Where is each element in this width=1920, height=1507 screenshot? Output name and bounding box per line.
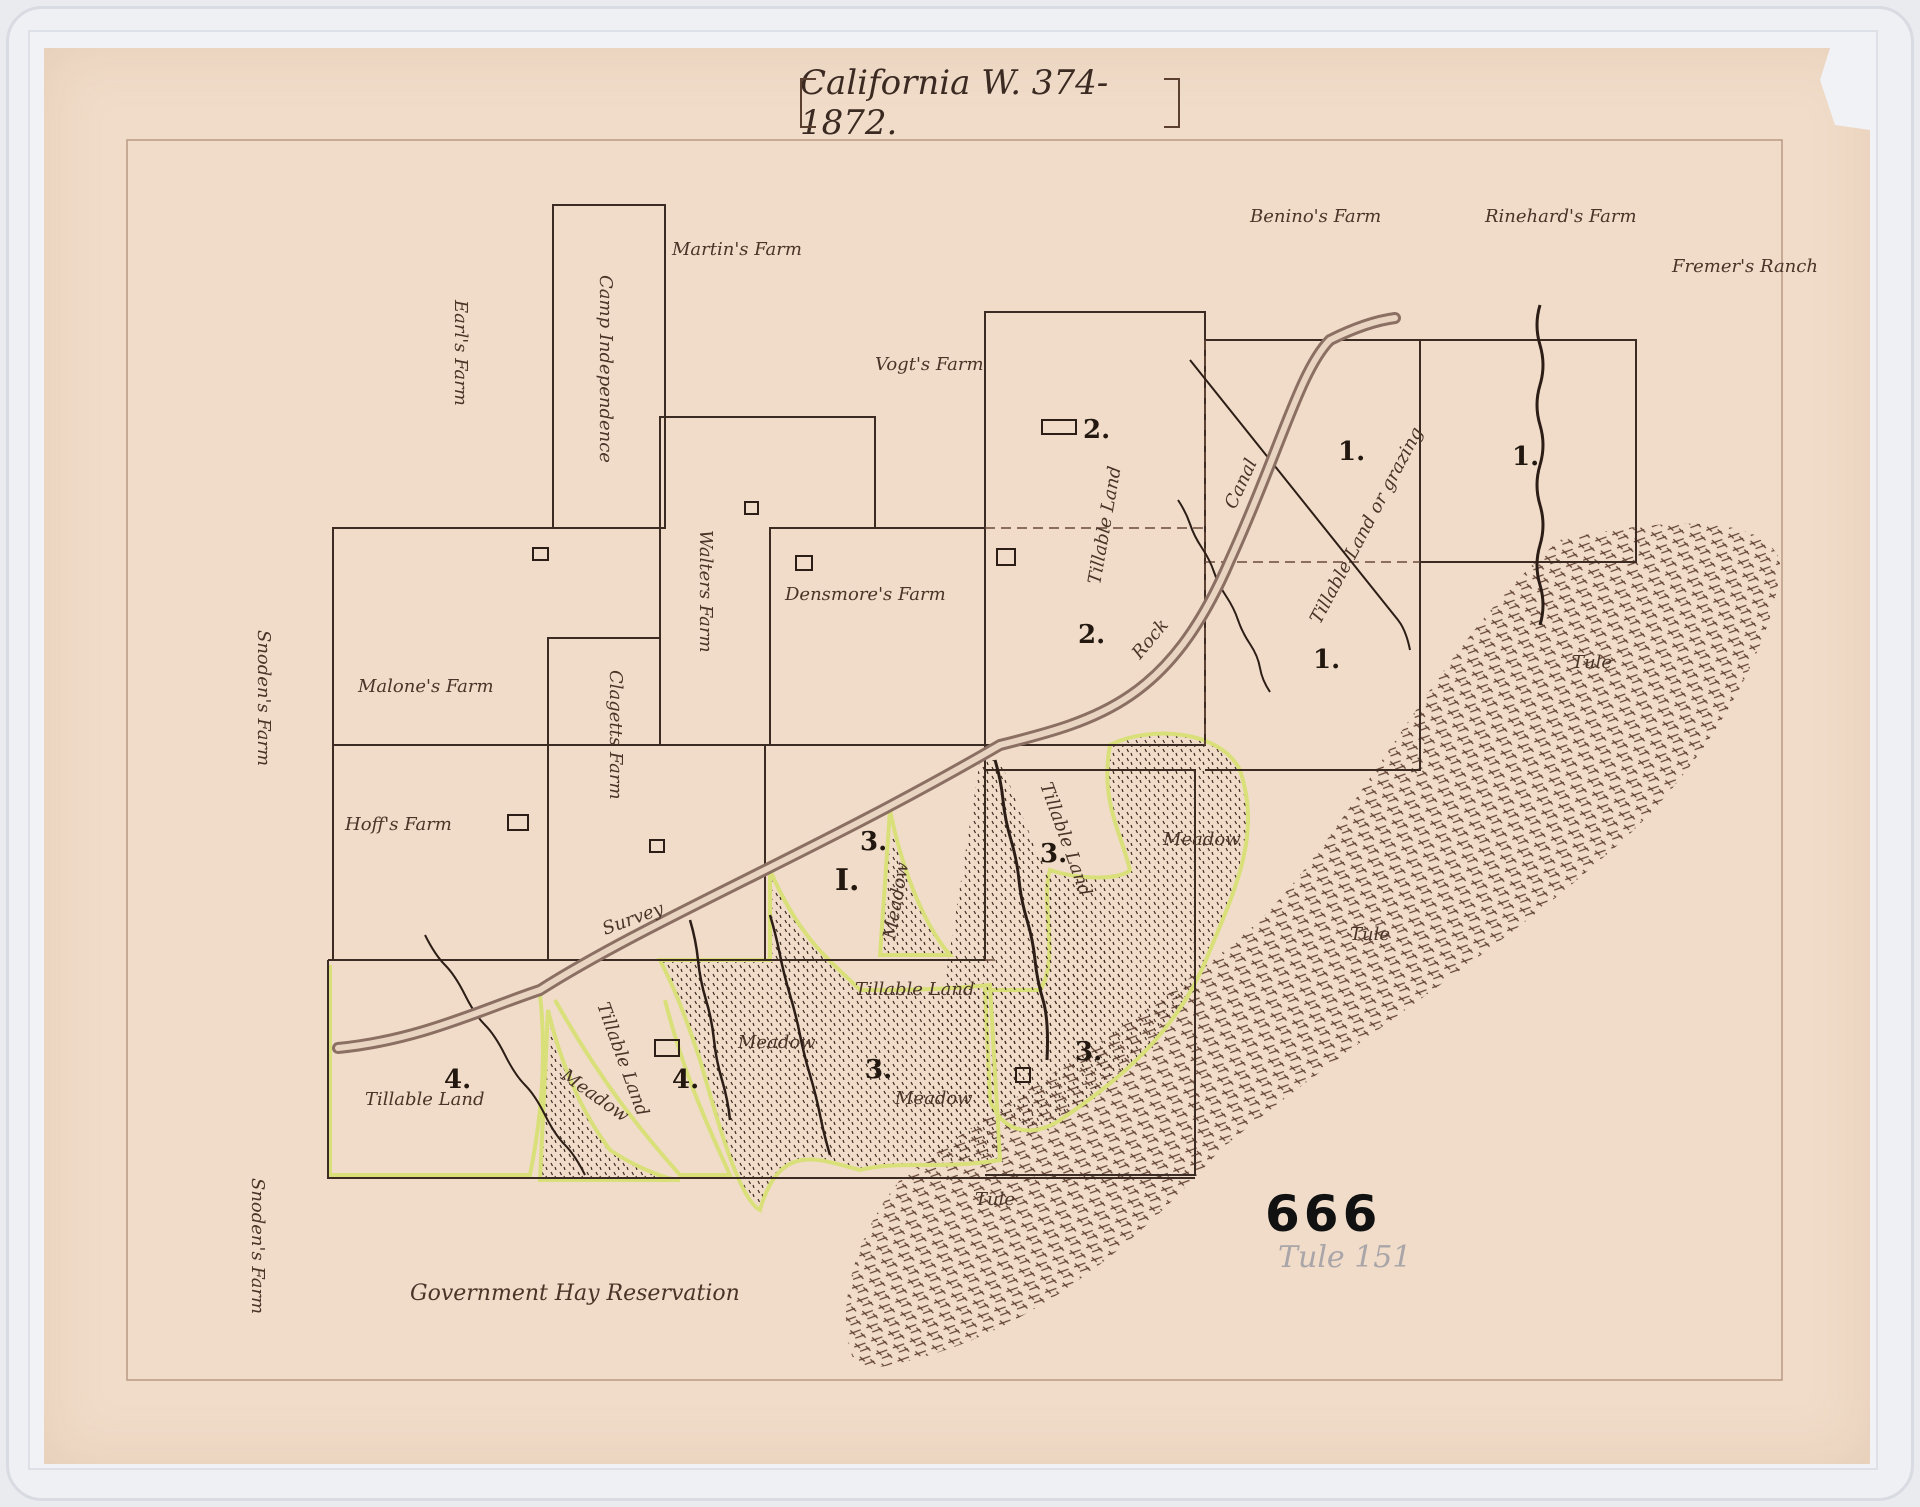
- label-snodens-farm-lower: Snoden's Farm: [247, 1178, 268, 1314]
- parcel-number: 4.: [444, 1065, 471, 1095]
- road: [338, 318, 1395, 1048]
- label-camp-independence: Camp Independence: [595, 275, 616, 463]
- label-meadow-mid: Meadow: [737, 1032, 816, 1053]
- label-earls-farm: Earl's Farm: [450, 299, 471, 406]
- catalog-number: 666: [1265, 1185, 1381, 1243]
- pencil-note: Tule 151: [1278, 1240, 1411, 1275]
- torn-corner: [1820, 48, 1870, 130]
- label-tule-sw: Tule: [975, 1189, 1015, 1210]
- parcel-number: 4.: [672, 1065, 699, 1095]
- label-beninos-farm: Benino's Farm: [1249, 206, 1381, 227]
- label-vogts-farm: Vogt's Farm: [875, 354, 984, 375]
- parcel-number: 1.: [1512, 442, 1539, 472]
- parcel-number: 2.: [1083, 415, 1110, 445]
- label-densmores-farm: Densmore's Farm: [784, 584, 946, 605]
- parcel-number: 2.: [1078, 620, 1105, 650]
- label-tillable-land-2: Tillable Land: [1084, 465, 1125, 586]
- label-tillable-land-center: Tillable Land: [855, 979, 974, 1000]
- label-meadow-ne: Meadow: [1162, 829, 1241, 850]
- label-martins-farm: Martin's Farm: [671, 239, 802, 260]
- parcel-number: 1.: [1338, 437, 1365, 467]
- parcel-number: 3.: [1040, 839, 1067, 869]
- label-fremers-ranch: Fremer's Ranch: [1671, 256, 1818, 277]
- label-tule-ne: Tule: [1572, 652, 1612, 673]
- title-text: California W. 374-1872.: [800, 63, 1180, 143]
- parcel-number: 1.: [1313, 645, 1340, 675]
- parcel-number: 3.: [860, 827, 887, 857]
- parcel-number: I.: [835, 863, 859, 898]
- parcel-number: 3.: [1075, 1037, 1102, 1067]
- label-walters-farm: Walters Farm: [695, 530, 716, 653]
- label-hoffs-farm: Hoff's Farm: [344, 814, 452, 835]
- label-meadow-center: Meadow: [894, 1088, 973, 1109]
- parcel-number: 3.: [865, 1055, 892, 1085]
- label-clagetts-farm: Clagetts Farm: [605, 670, 626, 800]
- label-malones-farm: Malone's Farm: [357, 676, 494, 697]
- label-snodens-farm-upper: Snoden's Farm: [253, 630, 274, 766]
- label-rinehards-farm: Rinehard's Farm: [1484, 206, 1637, 227]
- map-title: California W. 374-1872.: [800, 78, 1180, 128]
- label-gov-hay-reservation: Government Hay Reservation: [410, 1281, 740, 1306]
- label-tillable-grazing: Tillable Land or grazing: [1306, 424, 1428, 628]
- label-tule-mid: Tule: [1350, 924, 1390, 945]
- survey-map: Earl's Farm Camp Independence Martin's F…: [0, 0, 1920, 1507]
